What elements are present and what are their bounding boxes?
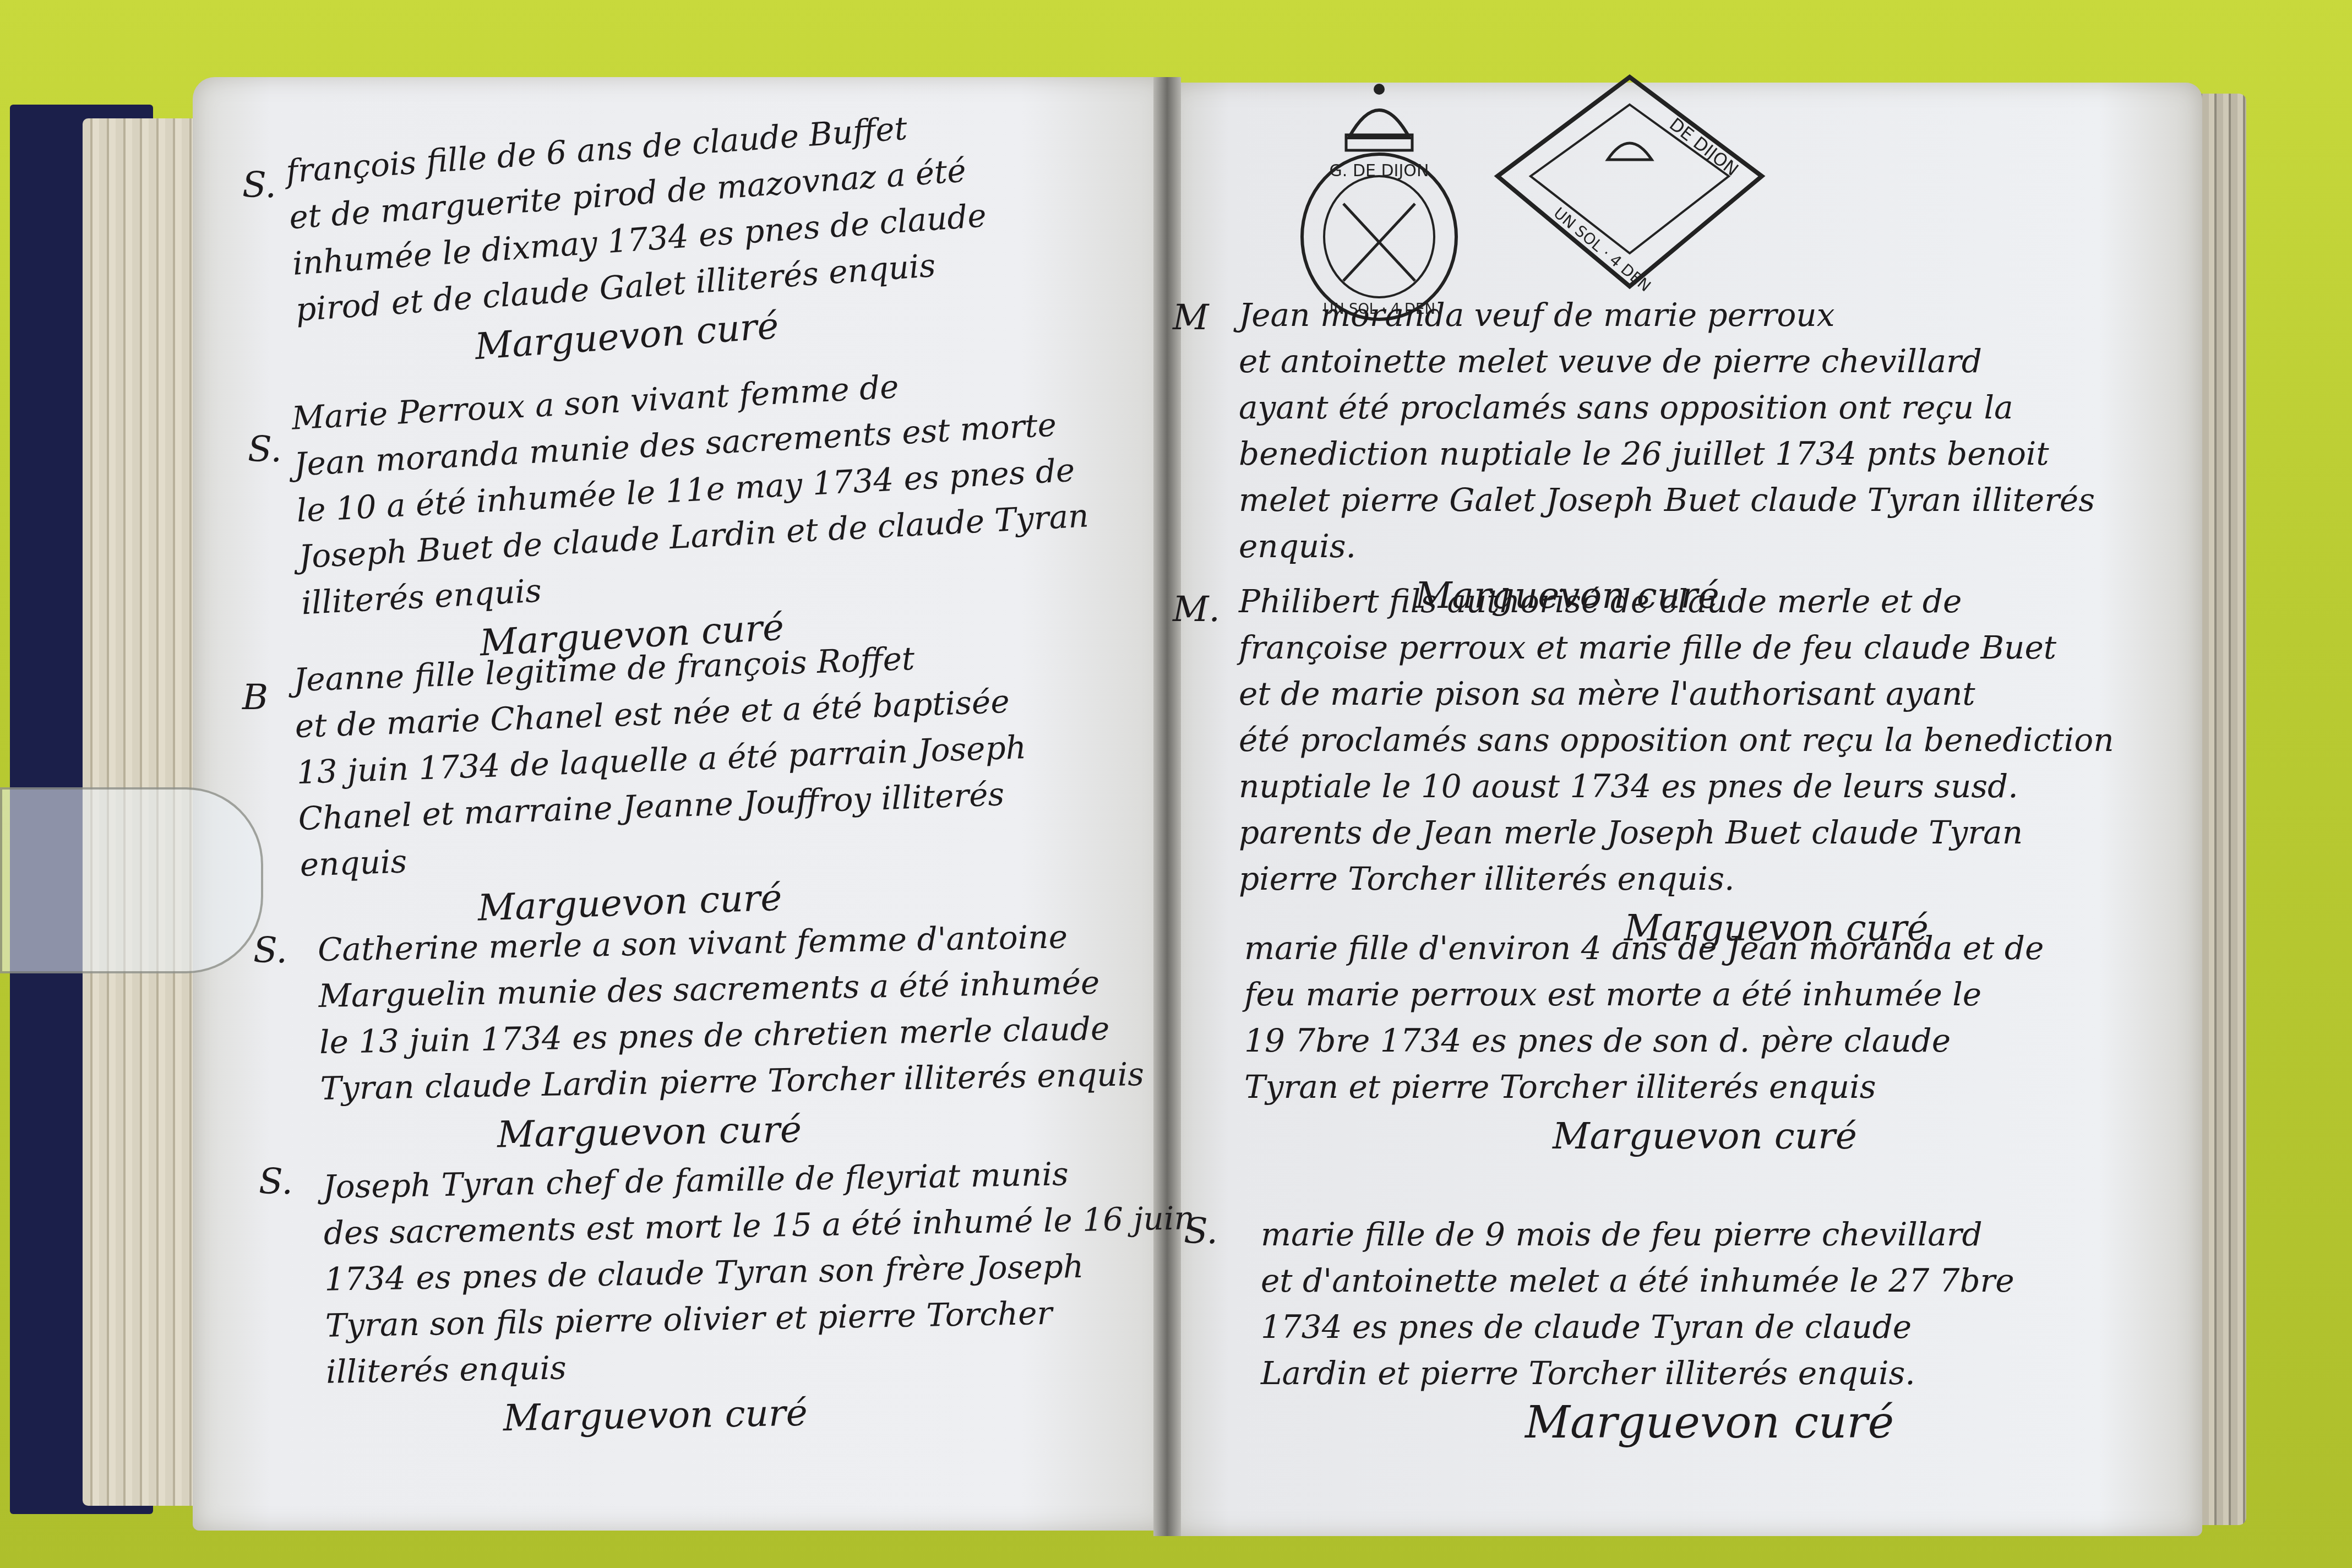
margin-marker-sepulture: S. [1184,1211,1218,1252]
entry-line: été proclamés sans opposition ont reçu l… [1239,717,2114,763]
register-entry: marie fille d'environ 4 ans de Jean mora… [1244,925,2044,1159]
register-entry: Marie Perroux a son vivant femme de Jean… [291,354,1095,676]
entry-line: pierre Torcher illiterés enquis. [1239,856,2114,902]
entry-line: marie fille d'environ 4 ans de Jean mora… [1244,925,2044,971]
margin-marker-sepulture: S. [253,930,287,971]
entry-line: melet pierre Galet Joseph Buet claude Ty… [1239,477,2095,523]
svg-text:UN SOL · 4 DEN: UN SOL · 4 DEN [1550,204,1654,295]
entry-line: Lardin et pierre Torcher illiterés enqui… [1261,1350,2015,1396]
entry-line: marie fille de 9 mois de feu pierre chev… [1261,1211,2015,1257]
lozenge-stamp: DE DIJON UN SOL · 4 DEN [1487,66,1773,297]
entry-line: benediction nuptiale le 26 juillet 1734 … [1239,431,2095,477]
margin-marker-sepulture: S. [248,429,282,470]
svg-text:G. DE DIJON: G. DE DIJON [1330,161,1429,181]
register-entry: Philibert fils authorisé de claude merle… [1239,578,2114,951]
entry-line: et de marie pison sa mère l'authorisant … [1239,671,2114,717]
register-entry: Joseph Tyran chef de famille de fleyriat… [323,1148,1199,1445]
crown-lozenge-icon: DE DIJON UN SOL · 4 DEN [1487,66,1773,297]
entry-line: feu marie perroux est morte a été inhumé… [1244,971,2044,1017]
entry-line: 19 7bre 1734 es pnes de son d. père clau… [1244,1017,2044,1064]
curate-signature: Marguevon curé [1261,1400,2015,1446]
entry-line: Tyran et pierre Torcher illiterés enquis [1244,1064,2044,1110]
margin-marker-sepulture: S. [259,1162,293,1202]
margin-marker-marriage: M [1173,297,1209,338]
transparent-page-holder [0,787,263,973]
entry-line: 1734 es pnes de claude Tyran de claude [1261,1304,2015,1350]
margin-marker-sepulture: S. [242,165,276,206]
entry-line: et d'antoinette melet a été inhumée le 2… [1261,1257,2015,1304]
entry-line: enquis. [1239,523,2095,569]
entry-line: ayant été proclamés sans opposition ont … [1239,384,2095,431]
entry-line: parents de Jean merle Joseph Buet claude… [1239,809,2114,856]
margin-marker-baptism: B [242,677,268,718]
entry-line: Jean moranda veuf de marie perroux [1239,292,2095,338]
curate-signature: Marguevon curé [1244,1113,2044,1159]
register-entry: françois fille de 6 ans de claude Buffet… [285,100,995,382]
entry-line: nuptiale le 10 aoust 1734 es pnes de leu… [1239,763,2114,809]
entry-line: et antoinette melet veuve de pierre chev… [1239,338,2095,384]
register-entry: Jeanne fille legitime de françois Roffet… [293,631,1032,938]
svg-text:DE DIJON: DE DIJON [1665,113,1743,180]
entry-line: françoise perroux et marie fille de feu … [1239,624,2114,671]
register-entry: Catherine merle a son vivant femme d'ant… [317,912,1145,1161]
register-entry: Jean moranda veuf de marie perroux et an… [1239,292,2095,619]
entry-line: Philibert fils authorisé de claude merle… [1239,578,2114,624]
register-entry: marie fille de 9 mois de feu pierre chev… [1261,1211,2015,1446]
margin-marker-marriage: M. [1173,589,1220,630]
